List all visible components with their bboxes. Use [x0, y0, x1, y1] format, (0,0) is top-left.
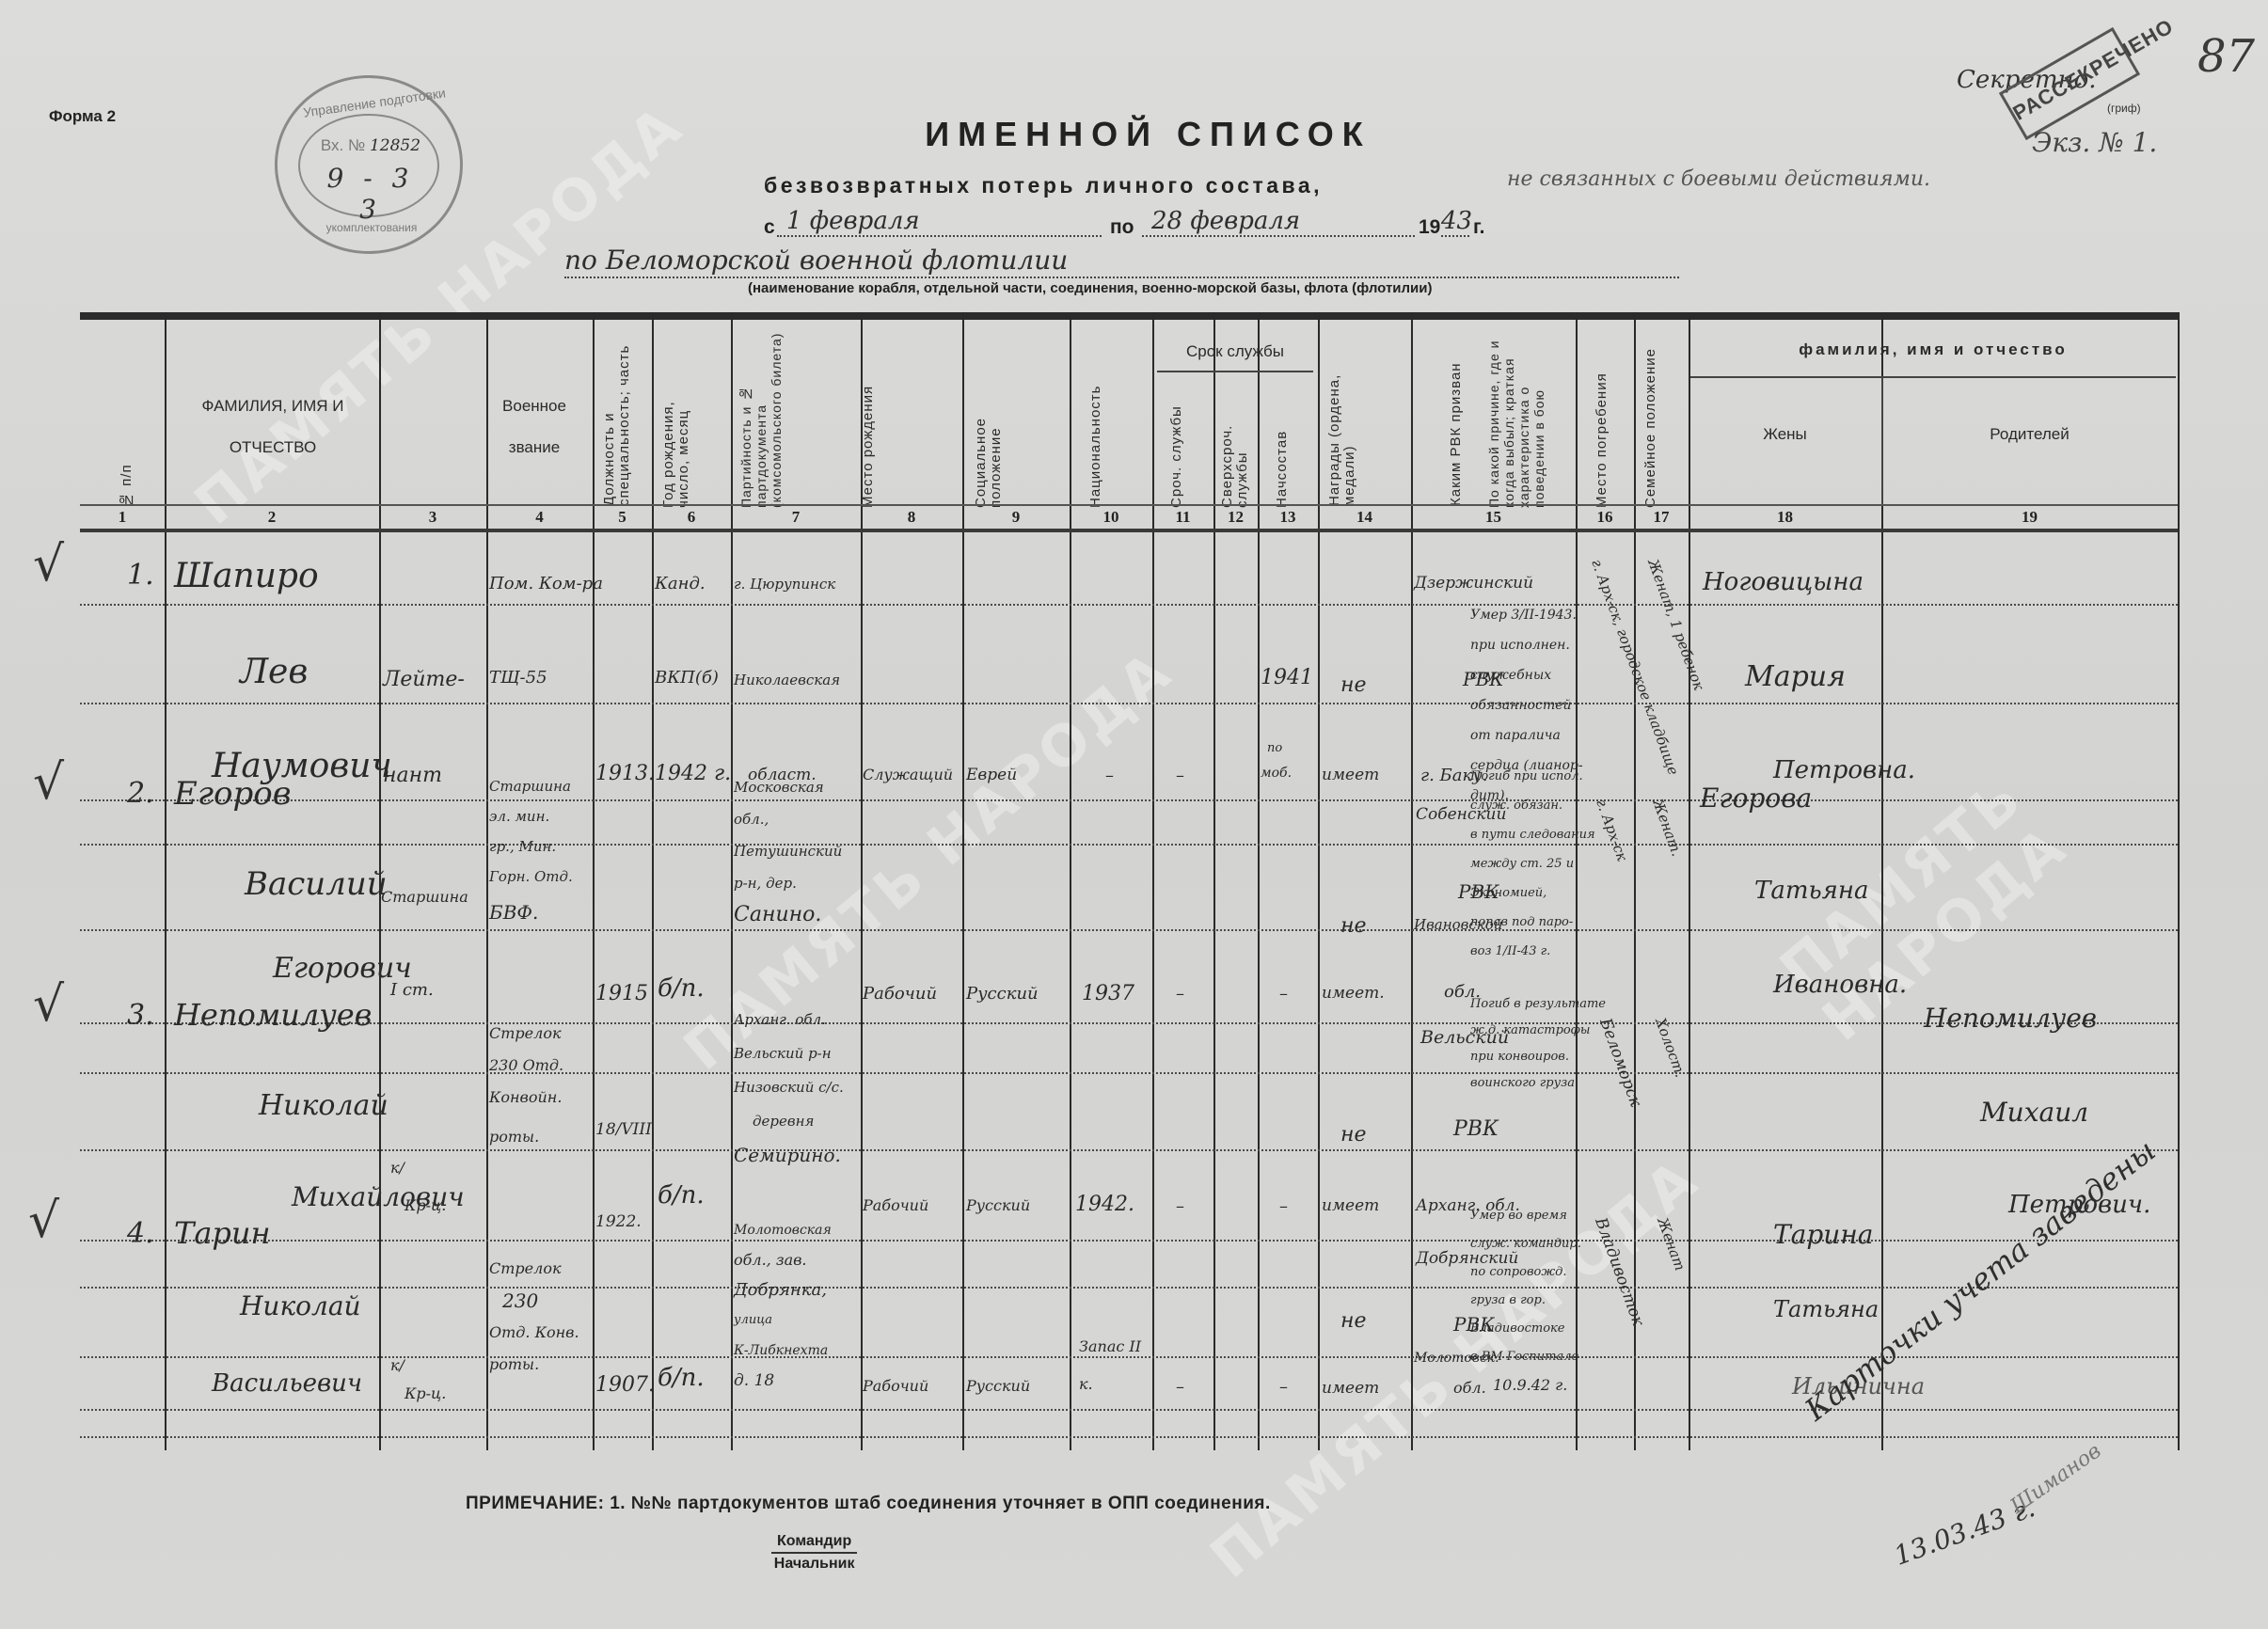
- signature-block: Командир Начальник: [771, 1533, 857, 1573]
- footnote: ПРИМЕЧАНИЕ: 1. №№ партдокументов штаб со…: [466, 1494, 1271, 1514]
- card-registration-note: Карточки учета заведены: [1799, 1132, 2163, 1428]
- col-header-18: Жены: [1689, 425, 1881, 444]
- unit-caption: (наименование корабля, отдельной части, …: [748, 280, 1433, 296]
- col-header-8: Социальное положение: [974, 357, 1007, 508]
- sheet-number: 87: [2197, 30, 2255, 83]
- column-number-row: 1 2 3 4 5 6 7 8 9 10 11 12 13 14 15 16 1…: [80, 504, 2178, 529]
- col-header-13: Награды (ордена, медали): [1327, 337, 1361, 506]
- col-header-6: Партийность и № партдокумента (комсомоль…: [738, 329, 789, 508]
- col-header-5: Год рождения, число, месяц: [661, 376, 695, 508]
- col-header-1: № п/п: [119, 433, 135, 508]
- relatives-group-header: фамилия, имя и отчество: [1689, 340, 2178, 359]
- col-header-16: Место погребения: [1594, 348, 1610, 508]
- stamp-bottom-text: укомплектования: [315, 221, 428, 234]
- col-header-4: Должность и специальность; часть: [602, 337, 636, 506]
- col-header-11: Сверхсроч. службы: [1220, 386, 1252, 508]
- col-header-7: Место рождения: [861, 357, 876, 508]
- incoming-stamp: Управление подготовки Вх. № 12852 9 - 3 …: [275, 75, 463, 254]
- year-suffix: г.: [1473, 216, 1484, 239]
- document-page: ПАМЯТЬ НАРОДА ПАМЯТЬ НАРОДА ПАМЯТЬ НАРОД…: [0, 0, 2268, 1629]
- document-title: ИМЕННОЙ СПИСОК: [0, 115, 2268, 154]
- card-registration-signature: Шиманов: [2006, 1439, 2105, 1518]
- service-group-header: Срок службы: [1152, 342, 1318, 361]
- year-prefix: 19: [1419, 216, 1440, 239]
- table-header: № п/п ФАМИЛИЯ, ИМЯ И ОТЧЕСТВО Военное зв…: [80, 320, 2178, 517]
- stamp-date: 9 - 3 3: [309, 163, 432, 225]
- col-header-2: ФАМИЛИЯ, ИМЯ И ОТЧЕСТВО: [167, 386, 379, 468]
- col-header-3: Военное звание: [488, 386, 580, 468]
- copy-number: Экз. № 1.: [2032, 127, 2157, 158]
- subtitle-handwritten: не связанных с боевыми действиями.: [1507, 167, 1930, 191]
- col-header-17: Семейное положение: [1643, 348, 1677, 508]
- period-from-label: с: [764, 216, 775, 239]
- unit-name: по Беломорской военной флотилии: [564, 245, 1679, 278]
- period-to-value: 28 февраля: [1142, 207, 1415, 237]
- period-to-label: по: [1110, 216, 1134, 239]
- table-top-rule: [80, 312, 2178, 320]
- document-subtitle: безвозвратных потерь личного состава,: [764, 173, 1323, 198]
- chief-label: Начальник: [771, 1554, 857, 1573]
- col-header-10: Сроч. службы: [1169, 386, 1184, 508]
- period-from-value: 1 февраля: [777, 207, 1102, 237]
- col-header-12: Начсостав: [1275, 386, 1290, 508]
- col-header-19: Родителей: [1881, 425, 2178, 444]
- commander-label: Командир: [771, 1533, 857, 1554]
- col-header-9: Национальность: [1088, 357, 1103, 508]
- col-header-15: По какой причине, где и когда выбыл; кра…: [1486, 327, 1554, 508]
- year-value: 43: [1441, 207, 1469, 237]
- period-line: с 1 февраля по 28 февраля 19 43 г.: [764, 207, 1479, 239]
- secrecy-caption: (гриф): [2107, 102, 2141, 115]
- col-header-14: Каким РВК призван: [1449, 337, 1464, 506]
